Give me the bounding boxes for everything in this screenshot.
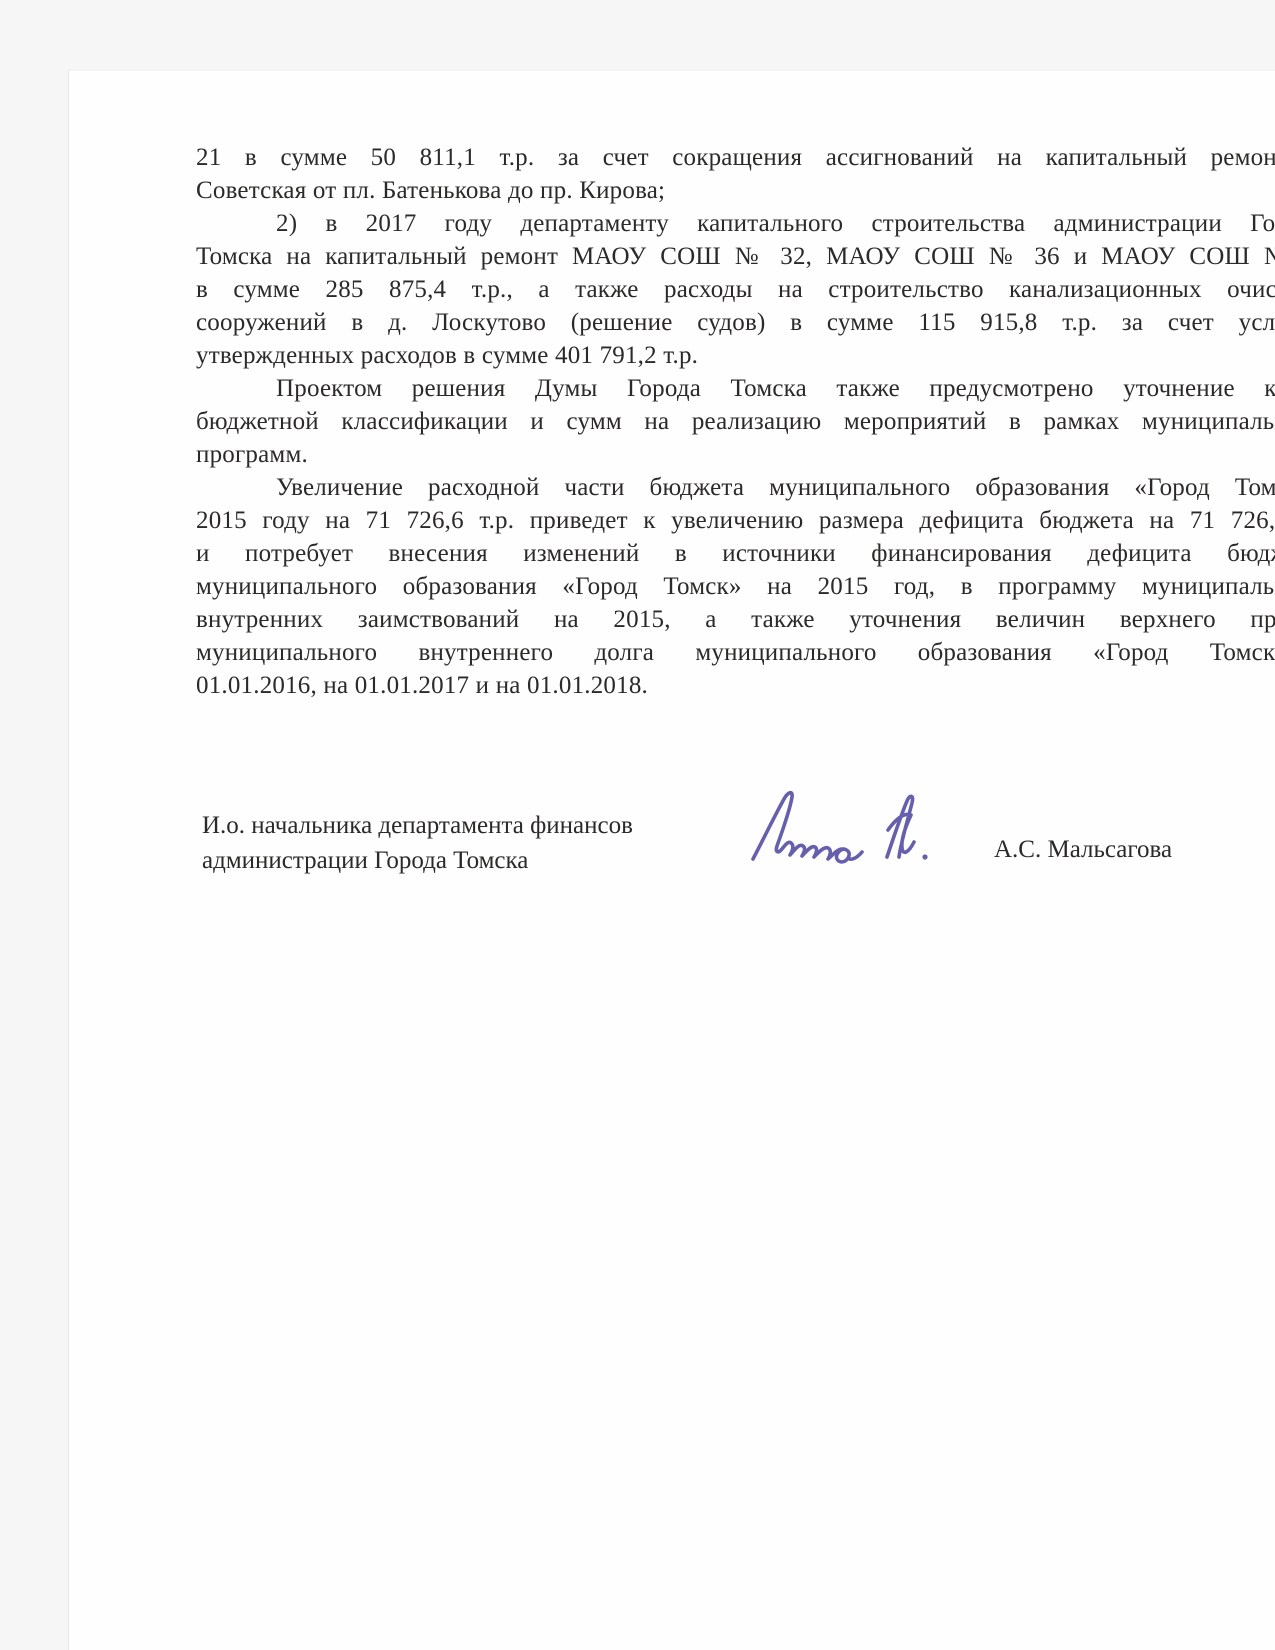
body-line: Проектом решения Думы Города Томска такж… [196,372,1275,405]
body-line: 2) в 2017 году департаменту капитального… [196,207,1275,240]
body-line: бюджетной классификации и сумм на реализ… [196,405,1275,438]
body-line: муниципального образования «Город Томск»… [196,570,1275,603]
body-line: 2015 году на 71 726,6 т.р. приведет к ув… [196,504,1275,537]
body-line: 21 в сумме 50 811,1 т.р. за счет сокраще… [196,141,1275,174]
body-line: Советская от пл. Батенькова до пр. Киров… [196,174,1275,207]
body-line: в сумме 285 875,4 т.р., а также расходы … [196,273,1275,306]
body-line: 01.01.2016, на 01.01.2017 и на 01.01.201… [196,669,1275,702]
body-line: сооружений в д. Лоскутово (решение судов… [196,306,1275,339]
body-line: утвержденных расходов в сумме 401 791,2 … [196,339,1275,372]
body-line: внутренних заимствований на 2015, а такж… [196,603,1275,636]
signer-title-line2: администрации Города Томска [202,843,633,878]
body-line: Томска на капитальный ремонт МАОУ СОШ № … [196,240,1275,273]
body-line: программ. [196,438,1275,471]
body-line: муниципального внутреннего долга муницип… [196,636,1275,669]
signer-title: И.о. начальника департамента финансов ад… [202,808,633,878]
handwritten-signature-icon [739,787,939,871]
body-line: Увеличение расходной части бюджета муниц… [196,471,1275,504]
body-line: и потребует внесения изменений в источни… [196,537,1275,570]
signer-name: А.С. Мальсагова [994,836,1172,864]
body-text: 21 в сумме 50 811,1 т.р. за счет сокраще… [196,141,1275,702]
signer-title-line1: И.о. начальника департамента финансов [202,808,633,843]
scanned-document-page: { "page": { "paper_color": "#fefefe", "o… [0,0,1275,1650]
document-page: 21 в сумме 50 811,1 т.р. за счет сокраще… [68,70,1275,1650]
